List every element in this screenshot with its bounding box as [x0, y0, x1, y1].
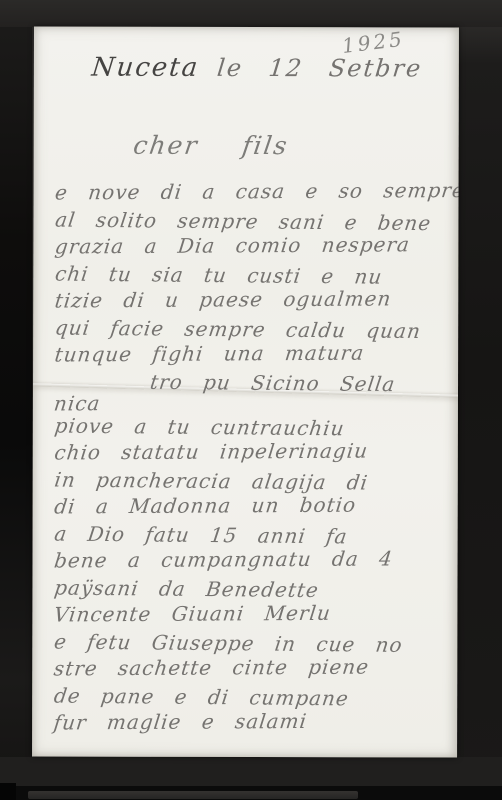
- letter-line: Vincente Giuani Merlu: [52, 600, 457, 629]
- film-border-left: [0, 0, 33, 800]
- film-border-right: [455, 0, 502, 800]
- letter-paper: 1925 Nucetale 12 Setbre cher fils e nove…: [32, 26, 459, 757]
- letter-line: grazia a Dia comio nespera: [53, 232, 458, 261]
- letter-date: le 12 Setbre: [216, 54, 424, 83]
- film-bottom-highlight: [28, 791, 358, 799]
- letter-line: stre sachette cinte piene: [52, 654, 457, 683]
- film-bottom-corner: [0, 783, 16, 800]
- scanned-letter-page: 1925 Nucetale 12 Setbre cher fils e nove…: [0, 0, 502, 800]
- letter-line: nica: [53, 389, 457, 413]
- letter-place: Nuceta: [90, 53, 201, 83]
- letter-line: tizie di u paese ogualmen: [53, 286, 458, 315]
- letter-place-date: Nucetale 12 Setbre: [90, 53, 424, 84]
- letter-line: bene a cumpangnatu da 4: [53, 546, 458, 575]
- letter-line: di a Madonna un botio: [53, 492, 458, 521]
- film-border-top: [0, 0, 502, 27]
- letter-line: fur maglie e salami: [52, 708, 457, 737]
- letter-line: chio statatu inpelerinagiu: [53, 438, 458, 467]
- letter-salutation: cher fils: [132, 131, 291, 160]
- letter-line: tunque fighi una matura: [53, 340, 458, 369]
- letter-line: e nove di a casa e so sempre: [53, 178, 458, 207]
- letter-body: e nove di a casa e so sempre al solito s…: [52, 180, 454, 738]
